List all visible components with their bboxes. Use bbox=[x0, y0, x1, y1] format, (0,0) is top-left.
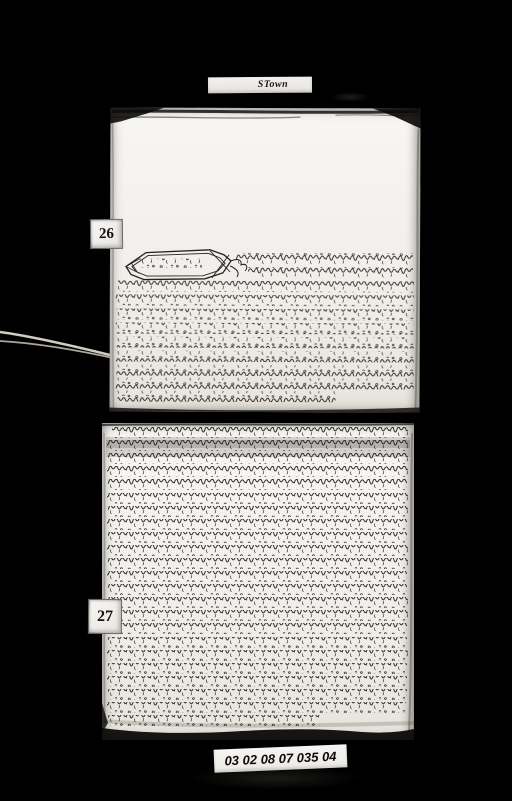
top-archive-tag-text: STown bbox=[258, 79, 289, 90]
page-number-27: 27 bbox=[97, 607, 113, 625]
page-number-26: 26 bbox=[99, 225, 114, 242]
shelfmark-label: 03 02 08 07 035 04 bbox=[214, 744, 348, 773]
text-lines-folio-26 bbox=[116, 252, 415, 402]
cartouche bbox=[126, 250, 247, 280]
page-number-sticker-27: 27 bbox=[88, 599, 122, 634]
page-number-sticker-26: 26 bbox=[90, 219, 123, 249]
folio-27 bbox=[102, 423, 414, 740]
folio-26-artwork bbox=[109, 107, 420, 412]
folio-27-artwork bbox=[102, 423, 414, 740]
folio-26 bbox=[109, 107, 420, 412]
shelfmark-text: 03 02 08 07 035 04 bbox=[224, 749, 337, 769]
top-archive-tag: STown bbox=[208, 77, 312, 94]
film-smudge bbox=[330, 92, 370, 102]
photo: 26 27 STown 03 02 08 07 035 04 bbox=[0, 0, 512, 801]
text-lines-folio-27 bbox=[107, 427, 408, 726]
